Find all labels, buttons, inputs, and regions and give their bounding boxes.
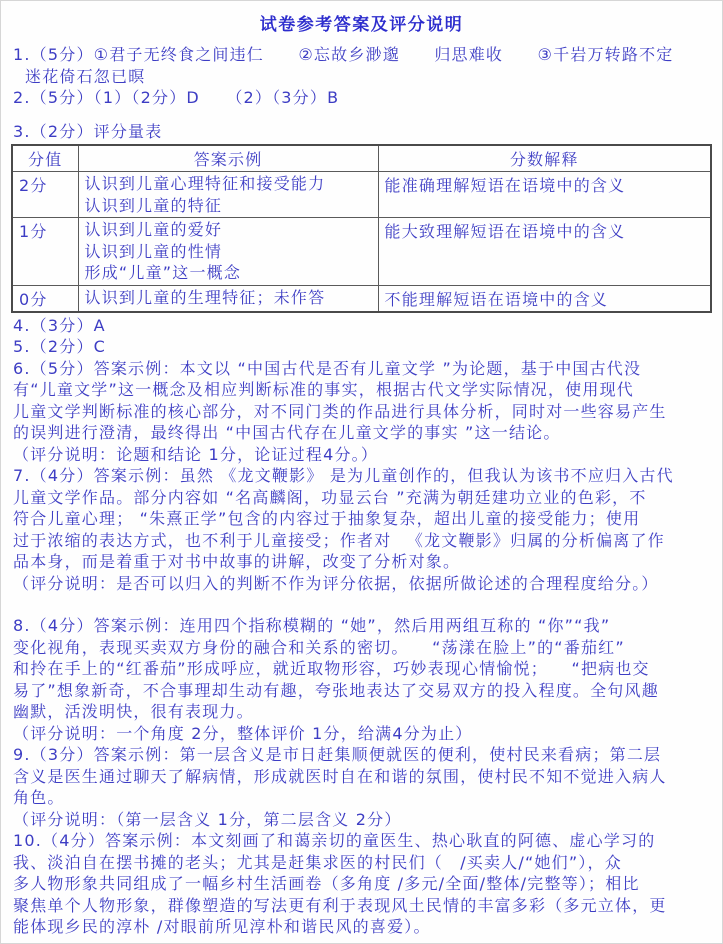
- example-line: 认识到儿童的特征: [85, 195, 372, 217]
- q4-answer-line: 4.（3分）A: [11, 315, 712, 337]
- question-10: 10.（4分）答案示例：本文刻画了和蔼亲切的童医生、热心耿直的阿德、虚心学习的 …: [11, 830, 712, 938]
- question-3: 3.（2分）评分量表: [11, 121, 712, 143]
- interpretation-cell: 能准确理解短语在语境中的含义: [378, 172, 711, 218]
- q1-answer-line: 1.（5分）①君子无终食之间违仁 ②忘故乡渺邈 归思难收 ③千岩万转路不定: [11, 44, 712, 66]
- q10-answer-line: 我、淡泊自在摆书摊的老头；尤其是赶集求医的村民们（ /买卖人/“她们”），众: [11, 852, 712, 874]
- q8-answer-line: 易了”想象新奇，不合事理却生动有趣，夸张地表达了交易双方的投入程度。全句风趣: [11, 680, 712, 702]
- example-cell: 认识到儿童心理特征和接受能力 认识到儿童的特征: [78, 172, 378, 218]
- q8-scoring-note: （评分说明：一个角度 2分，整体评价 1分，给满4分为止）: [11, 723, 712, 745]
- q6-scoring-note: （评分说明：论题和结论 1分，论证过程4分。）: [11, 444, 712, 466]
- example-line: 形成“儿童”这一概念: [85, 262, 372, 284]
- q8-answer-line: 幽默，活泼明快，很有表现力。: [11, 701, 712, 723]
- answer-key-page: 试卷参考答案及评分说明 1.（5分）①君子无终食之间违仁 ②忘故乡渺邈 归思难收…: [0, 0, 723, 944]
- q2-answer-line: 2.（5分）（1）（2分）D （2）（3分）B: [11, 87, 712, 109]
- q9-scoring-note: （评分说明：（第一层含义 1分，第二层含义 2分）: [11, 809, 712, 831]
- table-row: 2分 认识到儿童心理特征和接受能力 认识到儿童的特征 能准确理解短语在语境中的含…: [12, 172, 711, 218]
- document-content: 试卷参考答案及评分说明 1.（5分）①君子无终食之间违仁 ②忘故乡渺邈 归思难收…: [1, 14, 722, 938]
- question-8: 8.（4分）答案示例：连用四个指称模糊的 “她”，然后用两组互称的 “你”“我”…: [11, 615, 712, 744]
- example-cell: 认识到儿童的生理特征；未作答: [78, 285, 378, 312]
- q7-answer-line: 儿童文学作品。部分内容如 “名高麟阁，功显云台 ”充满为朝廷建功立业的色彩，不: [11, 487, 712, 509]
- question-5: 5.（2分）C: [11, 336, 712, 358]
- example-line: 认识到儿童的爱好: [85, 219, 372, 241]
- q10-answer-line: 聚焦单个人物形象，群像塑造的写法更有利于表现风土民情的丰富多彩（多元立体，更: [11, 895, 712, 917]
- q8-answer-line: 变化视角，表现买卖双方身份的融合和关系的密切。 “荡漾在脸上”的“番茄红”: [11, 637, 712, 659]
- q7-answer-line: 品本身，而是着重于对书中故事的讲解，改变了分析对象。: [11, 551, 712, 573]
- q7-scoring-note: （评分说明：是否可以归入的判断不作为评分依据，依据所做论述的合理程度给分。）: [11, 573, 712, 595]
- q5-answer-line: 5.（2分）C: [11, 336, 712, 358]
- q6-answer-line: 有“儿童文学”这一概念及相应判断标准的事实，根据古代文学实际情况，使用现代: [11, 379, 712, 401]
- interpretation-cell: 不能理解短语在语境中的含义: [378, 285, 711, 312]
- q7-answer-line: 过于浓缩的表达方式，也不利于儿童接受；作者对 《龙文鞭影》归属的分析偏离了作: [11, 530, 712, 552]
- q8-answer-line: 8.（4分）答案示例：连用四个指称模糊的 “她”，然后用两组互称的 “你”“我”: [11, 615, 712, 637]
- q9-answer-line: 含义是医生通过聊天了解病情，形成就医时自在和谐的氛围，使村民不知不觉进入病人: [11, 766, 712, 788]
- rubric-header-score: 分值: [12, 145, 78, 172]
- question-7: 7.（4分）答案示例：虽然 《龙文鞭影》 是为儿童创作的，但我认为该书不应归入古…: [11, 465, 712, 594]
- example-line: 认识到儿童的生理特征；未作答: [85, 287, 372, 309]
- q10-answer-line: 多人物形象共同组成了一幅乡村生活画卷（多角度 /多元/全面/整体/完整等）；相比: [11, 873, 712, 895]
- q10-answer-line: 能体现乡民的淳朴 /对眼前所见淳朴和谐民风的喜爱）。: [11, 916, 712, 938]
- q6-answer-line: 儿童文学判断标准的核心部分，对不同门类的作品进行具体分析，同时对一些容易产生: [11, 401, 712, 423]
- example-line: 认识到儿童心理特征和接受能力: [85, 173, 372, 195]
- q9-answer-line: 9.（3分）答案示例：第一层含义是市日赶集顺便就医的便利，使村民来看病；第二层: [11, 744, 712, 766]
- q7-answer-line: 7.（4分）答案示例：虽然 《龙文鞭影》 是为儿童创作的，但我认为该书不应归入古…: [11, 465, 712, 487]
- question-4: 4.（3分）A: [11, 315, 712, 337]
- q3-rubric-label: 3.（2分）评分量表: [11, 121, 712, 143]
- question-9: 9.（3分）答案示例：第一层含义是市日赶集顺便就医的便利，使村民来看病；第二层 …: [11, 744, 712, 830]
- q8-answer-line: 和拎在手上的“红番茄”形成呼应，就近取物形容，巧妙表现心情愉悦； “把病也交: [11, 658, 712, 680]
- rubric-header-example: 答案示例: [78, 145, 378, 172]
- score-cell: 0分: [12, 285, 78, 312]
- question-6: 6.（5分）答案示例：本文以 “中国古代是否有儿童文学 ”为论题，基于中国古代没…: [11, 358, 712, 466]
- question-2: 2.（5分）（1）（2分）D （2）（3分）B: [11, 87, 712, 109]
- page-title: 试卷参考答案及评分说明: [11, 14, 712, 36]
- example-cell: 认识到儿童的爱好 认识到儿童的性情 形成“儿童”这一概念: [78, 218, 378, 286]
- q9-answer-line: 角色。: [11, 787, 712, 809]
- q6-answer-line: 6.（5分）答案示例：本文以 “中国古代是否有儿童文学 ”为论题，基于中国古代没: [11, 358, 712, 380]
- interpretation-cell: 能大致理解短语在语境中的含义: [378, 218, 711, 286]
- q10-answer-line: 10.（4分）答案示例：本文刻画了和蔼亲切的童医生、热心耿直的阿德、虚心学习的: [11, 830, 712, 852]
- question-1: 1.（5分）①君子无终食之间违仁 ②忘故乡渺邈 归思难收 ③千岩万转路不定 迷花…: [11, 44, 712, 87]
- rubric-header-interpretation: 分数解释: [378, 145, 711, 172]
- score-cell: 1分: [12, 218, 78, 286]
- rubric-table: 分值 答案示例 分数解释 2分 认识到儿童心理特征和接受能力 认识到儿童的特征 …: [11, 144, 712, 313]
- example-line: 认识到儿童的性情: [85, 241, 372, 263]
- rubric-header-row: 分值 答案示例 分数解释: [12, 145, 711, 172]
- q1-answer-line: 迷花倚石忽已暝: [11, 66, 712, 88]
- q7-answer-line: 符合儿童心理； “朱熹正学”包含的内容过于抽象复杂，超出儿童的接受能力；使用: [11, 508, 712, 530]
- score-cell: 2分: [12, 172, 78, 218]
- table-row: 0分 认识到儿童的生理特征；未作答 不能理解短语在语境中的含义: [12, 285, 711, 312]
- table-row: 1分 认识到儿童的爱好 认识到儿童的性情 形成“儿童”这一概念 能大致理解短语在…: [12, 218, 711, 286]
- q6-answer-line: 的误判进行澄清，最终得出 “中国古代存在儿童文学的事实 ”这一结论。: [11, 422, 712, 444]
